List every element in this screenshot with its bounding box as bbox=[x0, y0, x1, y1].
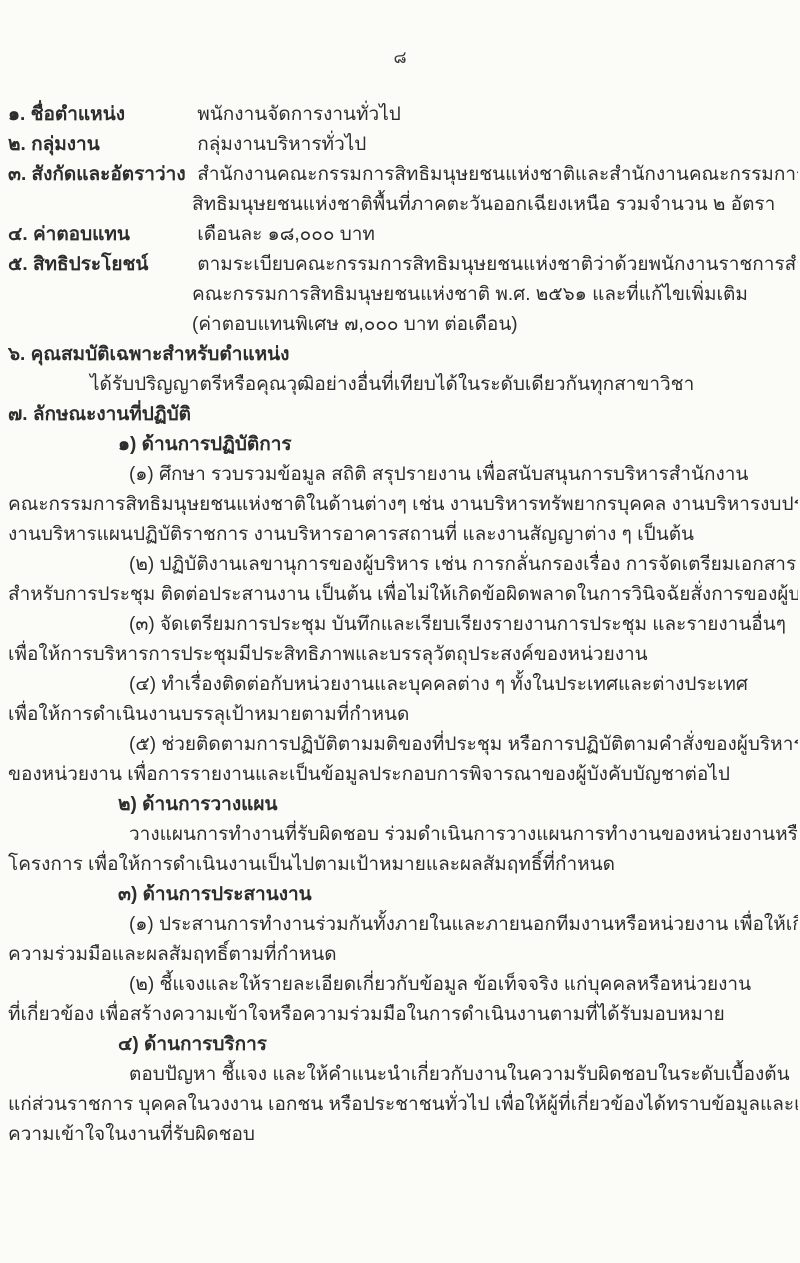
paragraph-line: แก่ส่วนราชการ บุคคลในวงงาน เอกชน หรือประ… bbox=[8, 1090, 798, 1120]
paragraph-line: ความเข้าใจในงานที่รับผิดชอบ bbox=[8, 1120, 798, 1150]
paragraph-line: ที่เกี่ยวข้อง เพื่อสร้างความเข้าใจหรือคว… bbox=[8, 1000, 798, 1030]
paragraph-line: (๕) ช่วยติดตามการปฏิบัติตามมติของที่ประช… bbox=[8, 730, 798, 760]
document-page: ๘ ๑. ชื่อตำแหน่ง พนักงานจัดการงานทั่วไป … bbox=[0, 0, 800, 1263]
field-row-affiliation: ๓. สังกัดและอัตราว่าง สำนักงานคณะกรรมการ… bbox=[8, 160, 798, 190]
paragraph-line: (๑) ประสานการทำงานร่วมกันทั้งภายในและภาย… bbox=[8, 910, 798, 940]
paragraph-line: สำหรับการประชุม ติดต่อประสานงาน เป็นต้น … bbox=[8, 580, 798, 610]
field-row-position: ๑. ชื่อตำแหน่ง พนักงานจัดการงานทั่วไป bbox=[8, 100, 798, 130]
field-value-continuation: (ค่าตอบแทนพิเศษ ๗,๐๐๐ บาท ต่อเดือน) bbox=[8, 310, 798, 340]
field-value: สำนักงานคณะกรรมการสิทธิมนุษยชนแห่งชาติแล… bbox=[197, 164, 798, 185]
paragraph-line: (๔) ทำเรื่องติดต่อกับหน่วยงานและบุคคลต่า… bbox=[8, 670, 798, 700]
subsection-heading-service: ๔) ด้านการบริการ bbox=[8, 1030, 798, 1060]
section-heading-qualifications: ๖. คุณสมบัติเฉพาะสำหรับตำแหน่ง bbox=[8, 340, 798, 370]
field-label: ๓. สังกัดและอัตราว่าง bbox=[8, 160, 192, 190]
paragraph-line: (๓) จัดเตรียมการประชุม บันทึกและเรียบเรี… bbox=[8, 610, 798, 640]
field-row-benefits: ๕. สิทธิประโยชน์ ตามระเบียบคณะกรรมการสิท… bbox=[8, 250, 798, 280]
paragraph-line: วางแผนการทำงานที่รับผิดชอบ ร่วมดำเนินการ… bbox=[8, 820, 798, 850]
subsection-heading-coordination: ๓) ด้านการประสานงาน bbox=[8, 880, 798, 910]
paragraph-line: (๑) ศึกษา รวบรวมข้อมูล สถิติ สรุปรายงาน … bbox=[8, 460, 798, 490]
paragraph-line: (๒) ปฏิบัติงานเลขานุการของผู้บริหาร เช่น… bbox=[8, 550, 798, 580]
subsection-heading-planning: ๒) ด้านการวางแผน bbox=[8, 790, 798, 820]
document-body: ๑. ชื่อตำแหน่ง พนักงานจัดการงานทั่วไป ๒.… bbox=[8, 100, 798, 1150]
field-label: ๑. ชื่อตำแหน่ง bbox=[8, 100, 192, 130]
section-heading-duties: ๗. ลักษณะงานที่ปฏิบัติ bbox=[8, 400, 798, 430]
field-value: พนักงานจัดการงานทั่วไป bbox=[197, 104, 401, 125]
field-value: เดือนละ ๑๘,๐๐๐ บาท bbox=[197, 224, 375, 245]
paragraph-line: เพื่อให้การดำเนินงานบรรลุเป้าหมายตามที่ก… bbox=[8, 700, 798, 730]
field-value: ตามระเบียบคณะกรรมการสิทธิมนุษยชนแห่งชาติ… bbox=[197, 254, 798, 275]
paragraph-line: โครงการ เพื่อให้การดำเนินงานเป็นไปตามเป้… bbox=[8, 850, 798, 880]
field-value-continuation: คณะกรรมการสิทธิมนุษยชนแห่งชาติ พ.ศ. ๒๕๖๑… bbox=[8, 280, 798, 310]
paragraph-line: ของหน่วยงาน เพื่อการรายงานและเป็นข้อมูลป… bbox=[8, 760, 798, 790]
field-value: กลุ่มงานบริหารทั่วไป bbox=[197, 134, 366, 155]
paragraph-line: (๒) ชี้แจงและให้รายละเอียดเกี่ยวกับข้อมู… bbox=[8, 970, 798, 1000]
subsection-heading-operations: ๑) ด้านการปฏิบัติการ bbox=[8, 430, 798, 460]
field-label: ๔. ค่าตอบแทน bbox=[8, 220, 192, 250]
paragraph-line: ตอบปัญหา ชี้แจง และให้คำแนะนำเกี่ยวกับงา… bbox=[8, 1060, 798, 1090]
field-value-continuation: สิทธิมนุษยชนแห่งชาติพื้นที่ภาคตะวันออกเฉ… bbox=[8, 190, 798, 220]
paragraph-line: คณะกรรมการสิทธิมนุษยชนแห่งชาติในด้านต่าง… bbox=[8, 490, 798, 520]
paragraph-line: ได้รับปริญญาตรีหรือคุณวุฒิอย่างอื่นที่เท… bbox=[8, 370, 798, 400]
field-label: ๕. สิทธิประโยชน์ bbox=[8, 250, 192, 280]
page-number: ๘ bbox=[0, 44, 800, 71]
paragraph-line: เพื่อให้การบริหารการประชุมมีประสิทธิภาพแ… bbox=[8, 640, 798, 670]
field-row-salary: ๔. ค่าตอบแทน เดือนละ ๑๘,๐๐๐ บาท bbox=[8, 220, 798, 250]
paragraph-line: งานบริหารแผนปฏิบัติราชการ งานบริหารอาคาร… bbox=[8, 520, 798, 550]
paragraph-line: ความร่วมมือและผลสัมฤทธิ์ตามที่กำหนด bbox=[8, 940, 798, 970]
field-label: ๒. กลุ่มงาน bbox=[8, 130, 192, 160]
field-row-group: ๒. กลุ่มงาน กลุ่มงานบริหารทั่วไป bbox=[8, 130, 798, 160]
